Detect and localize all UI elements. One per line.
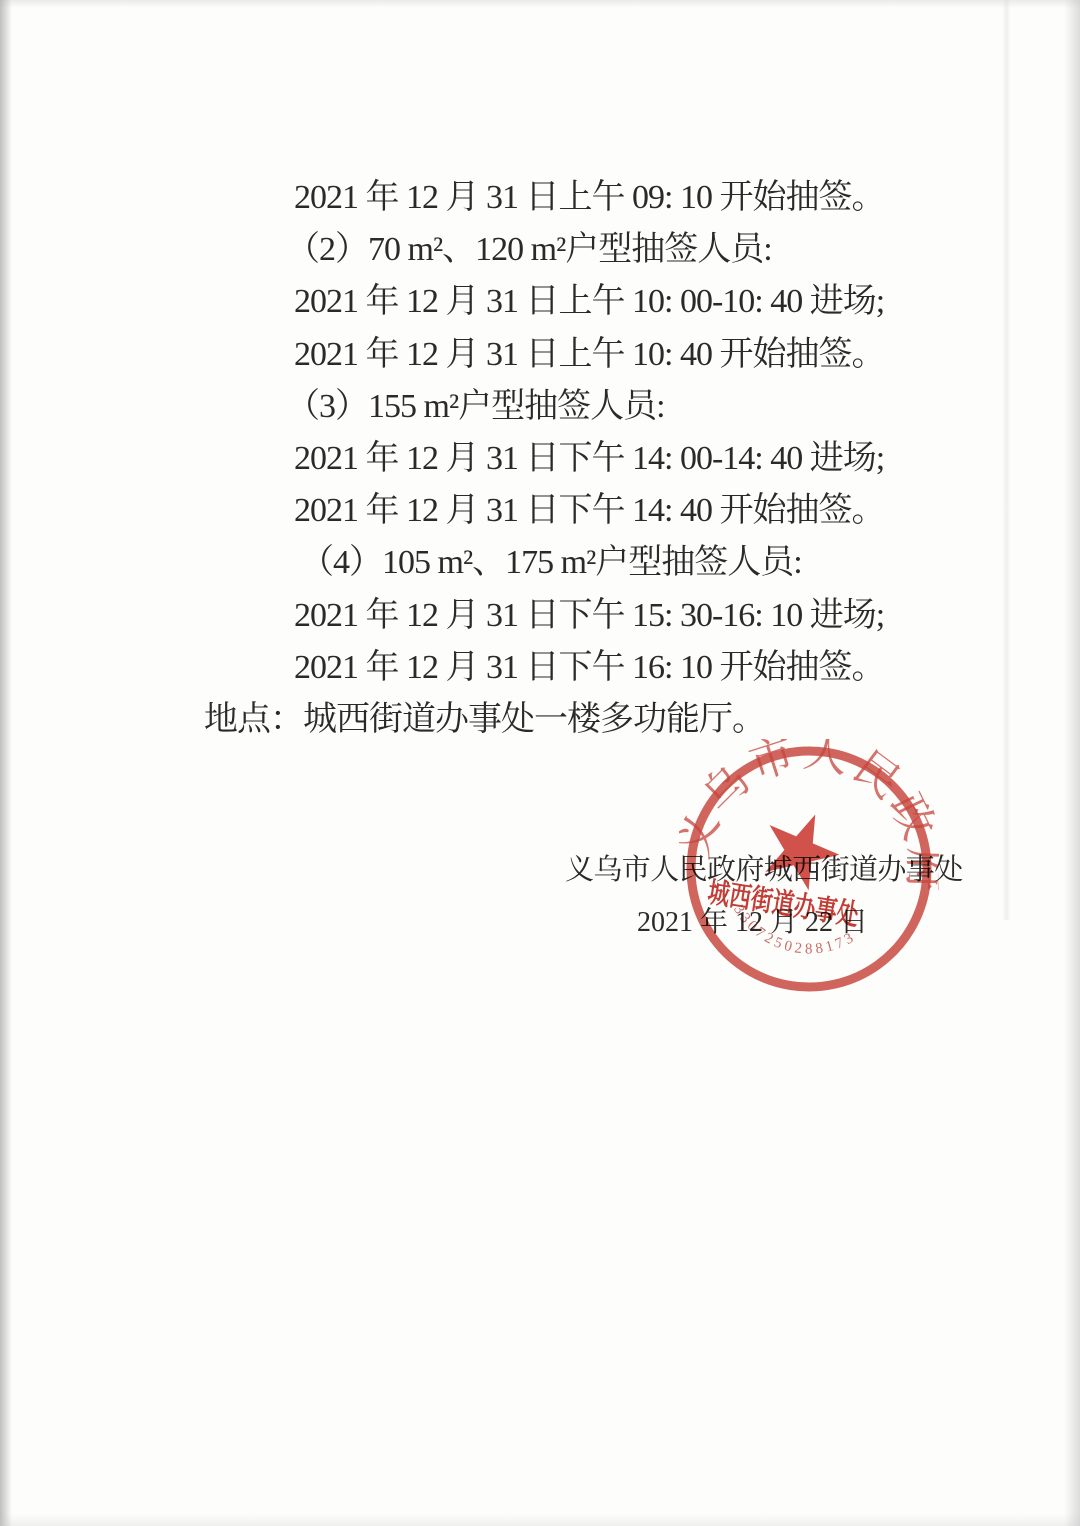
scan-edge-top [0,0,1080,8]
document-line: （2）70 m²、120 m²户型抽签人员: [286,224,1020,276]
document-line: 2021 年 12 月 31 日下午 14: 00-14: 40 进场; [294,433,1020,485]
official-seal-stamp: 义乌市人民政府 城西街道办事处 3307250288173 [679,739,939,999]
document-line: 2021 年 12 月 31 日下午 15: 30-16: 10 进场; [294,590,1020,642]
document-line: 2021 年 12 月 31 日下午 14: 40 开始抽签。 [294,485,1020,537]
document-line: 2021 年 12 月 31 日上午 09: 10 开始抽签。 [294,172,1020,224]
document-page: 2021 年 12 月 31 日上午 09: 10 开始抽签。（2）70 m²、… [0,0,1080,1526]
seal-center-text: 城西街道办事处 [706,876,861,932]
document-line: （4）105 m²、175 m²户型抽签人员: [300,537,1020,589]
document-line: （3）155 m²户型抽签人员: [286,381,1020,433]
scan-edge-left [0,0,12,1526]
document-line: 2021 年 12 月 31 日下午 16: 10 开始抽签。 [294,642,1020,694]
document-lines: 2021 年 12 月 31 日上午 09: 10 开始抽签。（2）70 m²、… [200,172,1020,746]
scan-edge-right [1064,0,1080,1526]
document-line: 2021 年 12 月 31 日上午 10: 00-10: 40 进场; [294,276,1020,328]
document-line: 2021 年 12 月 31 日上午 10: 40 开始抽签。 [294,329,1020,381]
seal-star-icon [752,800,850,896]
scan-edge-bottom [0,1514,1080,1526]
